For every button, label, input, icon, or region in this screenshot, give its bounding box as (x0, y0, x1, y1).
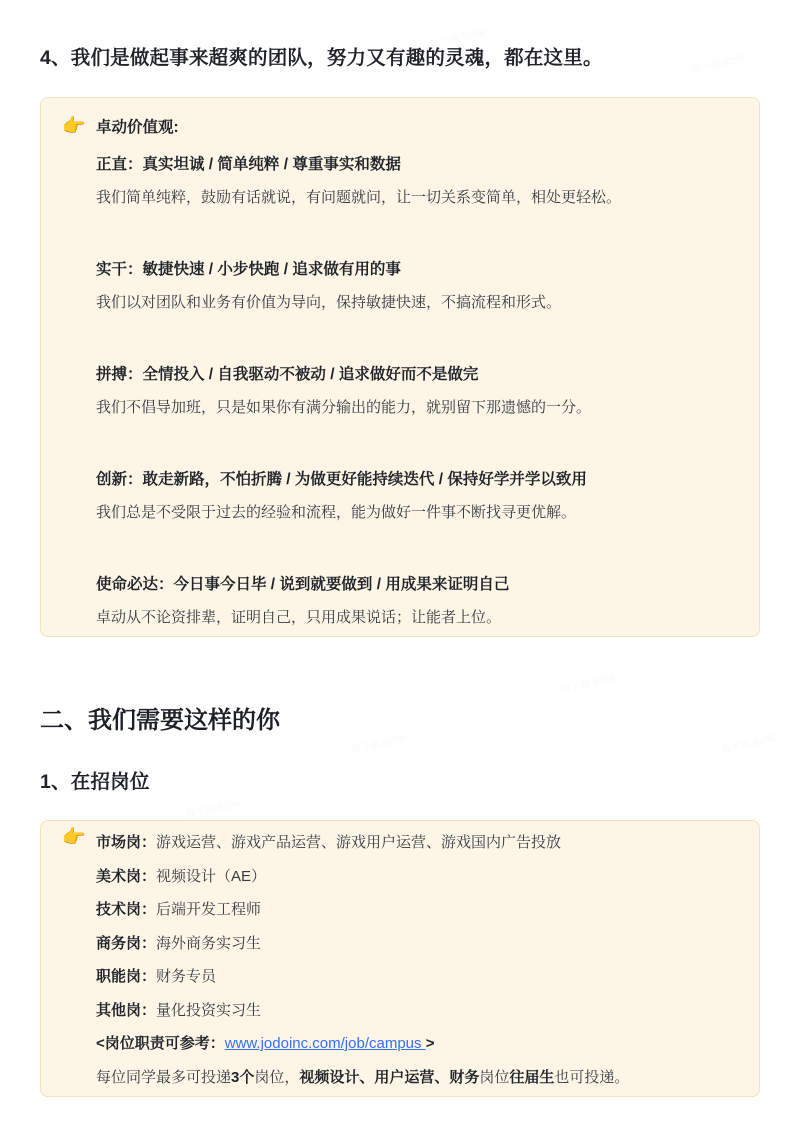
value-item-integrity: 正直：真实坦诚 / 简单纯粹 / 尊重事实和数据 我们简单纯粹，鼓励有话就说，有… (96, 153, 731, 210)
position-label: 技术岗： (96, 901, 156, 918)
value-item-desc: 我们简单纯粹，鼓励有话就说，有问题就问，让一切关系变简单，相处更轻松。 (96, 186, 731, 210)
position-value: 量化投资实习生 (156, 1002, 261, 1019)
value-item-desc: 卓动从不论资排辈，证明自己，只用成果说话；让能者上位。 (96, 606, 731, 630)
note-segment: 每位同学最多可投递 (96, 1069, 231, 1086)
need-you-section-heading: 二、我们需要这样的你 (40, 700, 280, 735)
position-row-marketing: 市场岗：游戏运营、游戏产品运营、游戏用户运营、游戏国内广告投放 (96, 826, 731, 860)
value-item-delivery: 使命必达：今日事今日毕 / 说到就要做到 / 用成果来证明自己 卓动从不论资排辈… (96, 573, 731, 630)
value-item-title: 创新：敢走新路，不怕折腾 / 为做更好能持续迭代 / 保持好学并学以致用 (96, 468, 731, 492)
position-row-art: 美术岗：视频设计（AE） (96, 860, 731, 894)
position-value: 后端开发工程师 (156, 901, 261, 918)
position-value: 财务专员 (156, 968, 216, 985)
position-row-other: 其他岗：量化投资实习生 (96, 994, 731, 1028)
pointing-finger-icon: 👉 (62, 114, 86, 140)
note-segment: 视频设计、用户运营、财务 (299, 1069, 479, 1086)
note-segment: 往届生 (509, 1069, 554, 1086)
value-item-title: 正直：真实坦诚 / 简单纯粹 / 尊重事实和数据 (96, 153, 731, 177)
value-item-pragmatism: 实干：敏捷快速 / 小步快跑 / 追求做有用的事 我们以对团队和业务有价值为导向… (96, 258, 731, 315)
position-label: 美术岗： (96, 868, 156, 885)
reference-prefix: <岗位职责可参考： (96, 1035, 225, 1052)
pointing-finger-icon: 👉 (62, 825, 86, 851)
values-title: 卓动价值观: (96, 115, 731, 141)
jobs-callout: 👉 市场岗：游戏运营、游戏产品运营、游戏用户运营、游戏国内广告投放 美术岗：视频… (40, 820, 760, 1097)
position-value: 视频设计（AE） (156, 868, 266, 885)
position-row-tech: 技术岗：后端开发工程师 (96, 893, 731, 927)
position-row-function: 职能岗：财务专员 (96, 960, 731, 994)
document-page: 每下载 8298 每下载 8298 每下载 8298 每下载 8298 每下载 … (0, 0, 799, 1130)
reference-suffix: > (426, 1035, 435, 1052)
note-segment: 也可投递。 (554, 1069, 629, 1086)
value-item-title: 实干：敏捷快速 / 小步快跑 / 追求做有用的事 (96, 258, 731, 282)
value-item-striving: 拼搏：全情投入 / 自我驱动不被动 / 追求做好而不是做完 我们不倡导加班，只是… (96, 363, 731, 420)
watermark: 每下载 8298 (559, 669, 616, 696)
value-item-desc: 我们以对团队和业务有价值为导向，保持敏捷快速，不搞流程和形式。 (96, 291, 731, 315)
job-reference-row: <岗位职责可参考：www.jodoinc.com/job/campus > (96, 1027, 731, 1061)
values-callout: 👉 卓动价值观: 正直：真实坦诚 / 简单纯粹 / 尊重事实和数据 我们简单纯粹… (40, 97, 760, 637)
position-label: 职能岗： (96, 968, 156, 985)
value-item-title: 拼搏：全情投入 / 自我驱动不被动 / 追求做好而不是做完 (96, 363, 731, 387)
campus-jobs-link[interactable]: www.jodoinc.com/job/campus (225, 1035, 426, 1052)
value-item-desc: 我们不倡导加班，只是如果你有满分输出的能力，就别留下那遗憾的一分。 (96, 396, 731, 420)
note-segment: 岗位， (254, 1069, 299, 1086)
watermark: 每下载 8298 (184, 794, 241, 821)
note-segment: 岗位 (479, 1069, 509, 1086)
open-positions-subheading: 1、在招岗位 (40, 766, 150, 794)
position-value: 海外商务实习生 (156, 935, 261, 952)
value-item-innovation: 创新：敢走新路，不怕折腾 / 为做更好能持续迭代 / 保持好学并学以致用 我们总… (96, 468, 731, 525)
position-label: 其他岗： (96, 1002, 156, 1019)
application-note-row: 每位同学最多可投递3个岗位，视频设计、用户运营、财务岗位往届生也可投递。 (96, 1061, 731, 1095)
team-section-heading: 4、我们是做起事来超爽的团队，努力又有趣的灵魂，都在这里。 (40, 42, 760, 70)
note-segment: 3个 (231, 1069, 254, 1086)
position-value: 游戏运营、游戏产品运营、游戏用户运营、游戏国内广告投放 (156, 834, 561, 851)
watermark: 每下载 8298 (349, 729, 406, 756)
value-item-desc: 我们总是不受限于过去的经验和流程，能为做好一件事不断找寻更优解。 (96, 501, 731, 525)
position-label: 市场岗： (96, 834, 156, 851)
watermark: 每下载 8298 (719, 729, 776, 756)
value-item-title: 使命必达：今日事今日毕 / 说到就要做到 / 用成果来证明自己 (96, 573, 731, 597)
position-row-business: 商务岗：海外商务实习生 (96, 927, 731, 961)
position-label: 商务岗： (96, 935, 156, 952)
